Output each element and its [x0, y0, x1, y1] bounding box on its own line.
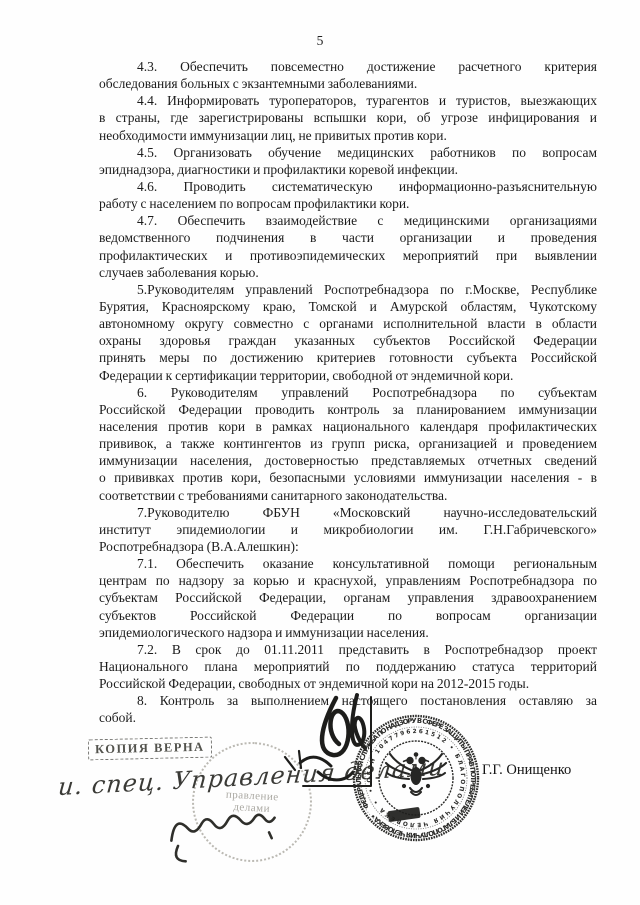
paragraph: 8. Контроль за выполнением настоящего по…	[99, 692, 597, 726]
paragraph-line: случаев заболевания корью.	[99, 264, 597, 281]
paragraph-line: 8. Контроль за выполнением настоящего по…	[99, 692, 597, 709]
paragraph-line: Российской Федерации, свободных от эндем…	[99, 675, 597, 692]
body-text: 4.3. Обеспечить повсеместно достижение р…	[99, 58, 597, 726]
official-round-seal: ФЕДЕРАЛЬНАЯ СЛУЖБА ПО НАДЗОРУ В СФЕРЕ ЗА…	[352, 714, 480, 842]
paragraph: 4.4. Информировать туроператоров, тураге…	[99, 92, 597, 143]
paragraph-line: Бурятия, Красноярскому краю, Томской и А…	[99, 298, 597, 315]
paragraph-line: 5.Руководителям управлений Роспотребнадз…	[99, 281, 597, 298]
paragraph: 5.Руководителям управлений Роспотребнадз…	[99, 281, 597, 384]
paragraph-line: Российской Федерации проводить контроль …	[99, 401, 597, 418]
paragraph: 7.Руководителю ФБУН «Московский научно-и…	[99, 504, 597, 555]
paragraph-line: Национального плана мероприятий по подде…	[99, 658, 597, 675]
paragraph-line: 4.6. Проводить систематическую информаци…	[99, 178, 597, 195]
paragraph-line: прививок, а также контингентов из групп …	[99, 435, 597, 452]
paragraph-line: 7.Руководителю ФБУН «Московский научно-и…	[99, 504, 597, 521]
page-number: 5	[0, 33, 640, 49]
paragraph: 4.5. Организовать обучение медицинских р…	[99, 144, 597, 178]
paragraph: 4.3. Обеспечить повсеместно достижение р…	[99, 58, 597, 92]
paragraph-line: субъектам Российской Федерации, органам …	[99, 589, 597, 606]
paragraph-line: 4.7. Обеспечить взаимодействие с медицин…	[99, 212, 597, 229]
paragraph-line: 4.5. Организовать обучение медицинских р…	[99, 144, 597, 161]
paragraph-line: 7.2. В срок до 01.11.2011 представить в …	[99, 641, 597, 658]
paragraph-line: населения против кори в рамках националь…	[99, 418, 597, 435]
scanned-document-page: 5 4.3. Обеспечить повсеместно достижение…	[0, 0, 640, 905]
paragraph-line: автономному округу совместно с органами …	[99, 315, 597, 332]
faded-stamp-text-line2: делами	[233, 801, 270, 815]
paragraph-line: работу с населением по вопросам профилак…	[99, 195, 597, 212]
paragraph-line: субъектов Российской Федерации по вопрос…	[99, 607, 597, 624]
paragraph-line: принять меры по достижению критериев гот…	[99, 349, 597, 366]
copy-certified-stamp: КОПИЯ ВЕРНА	[88, 737, 212, 761]
paragraph-line: 6. Руководителям управлений Роспотребнад…	[99, 384, 597, 401]
paragraph-line: институт эпидемиологии и микробиологии и…	[99, 521, 597, 538]
paragraph: 6. Руководителям управлений Роспотребнад…	[99, 384, 597, 504]
double-headed-eagle-icon	[386, 753, 446, 795]
paragraph-line: Роспотребнадзора (В.А.Алешкин):	[99, 538, 597, 555]
paragraph-line: Федерации к сертификации территории, сво…	[99, 367, 597, 384]
seal-bottom-box	[387, 807, 420, 822]
paragraph-line: иммунизации населения, достоверностью пр…	[99, 452, 597, 469]
paragraph: 7.2. В срок до 01.11.2011 представить в …	[99, 641, 597, 692]
paragraph-line: эпидемиологического надзора и иммунизаци…	[99, 624, 597, 641]
paragraph-line: обследования больных с экзантемными забо…	[99, 75, 597, 92]
paragraph: 4.6. Проводить систематическую информаци…	[99, 178, 597, 212]
paragraph-line: центрам по надзору за корью и краснухой,…	[99, 572, 597, 589]
paragraph-line: необходимости иммунизации лиц, не привит…	[99, 127, 597, 144]
paragraph-line: о прививках против кори, безопасными усл…	[99, 469, 597, 486]
paragraph-line: охраны здоровья граждан указанных субъек…	[99, 332, 597, 349]
paragraph: 7.1. Обеспечить оказание консультативной…	[99, 555, 597, 641]
paragraph-line: собой.	[99, 709, 597, 726]
paragraph: 4.7. Обеспечить взаимодействие с медицин…	[99, 212, 597, 281]
paragraph-line: эпиднадзора, диагностики и профилактики …	[99, 161, 597, 178]
paragraph-line: 7.1. Обеспечить оказание консультативной…	[99, 555, 597, 572]
paragraph-line: 4.4. Информировать туроператоров, тураге…	[99, 92, 597, 109]
paragraph-line: соответствии с требованиями санитарного …	[99, 487, 597, 504]
paragraph-line: 4.3. Обеспечить повсеместно достижение р…	[99, 58, 597, 75]
paragraph-line: ведомственного подчинения в части органи…	[99, 229, 597, 246]
signatory-name: Г.Г. Онищенко	[482, 762, 571, 779]
paragraph-line: в страны, где зарегистрированы вспышки к…	[99, 109, 597, 126]
faded-round-stamp: правление делами	[189, 739, 315, 865]
paragraph-line: профилактических и противоэпидемических …	[99, 247, 597, 264]
